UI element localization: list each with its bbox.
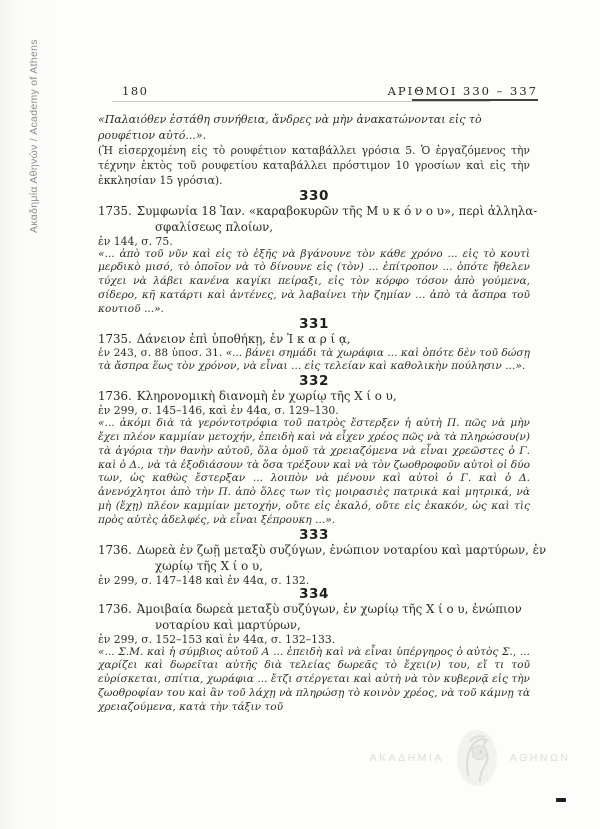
page-number: 180 bbox=[122, 84, 148, 98]
entry-title: 1735.Συμφωνία 18 Ἰαν. «καραβοκυρῶν τῆς Μ… bbox=[98, 203, 530, 219]
entry-332: 332 1736.Κληρονομικὴ διανομὴ ἐν χωρίῳ τῆ… bbox=[98, 374, 530, 527]
entry-title: 1736.Κληρονομικὴ διανομὴ ἐν χωρίῳ τῆς Χ … bbox=[98, 388, 530, 404]
entry-number: 334 bbox=[98, 587, 530, 601]
entry-title-line: Κληρονομικὴ διανομὴ ἐν χωρίῳ τῆς Χ ί ο υ… bbox=[137, 389, 397, 403]
entry-333: 333 1736.Δωρεὰ ἐν ζωῇ μεταξὺ συζύγων, ἐν… bbox=[98, 528, 530, 587]
entry-title: 1736.Δωρεὰ ἐν ζωῇ μεταξὺ συζύγων, ἐνώπιο… bbox=[98, 542, 530, 558]
entry-quote: ἐν 243, σ. 88 ὑποσ. 31. «... βάνει σημάδ… bbox=[98, 347, 530, 375]
entry-year: 1736. bbox=[98, 602, 132, 616]
entry-number: 332 bbox=[98, 374, 530, 388]
scanned-book-page: Ακαδημία Αθηνών / Academy of Athens 180 … bbox=[0, 0, 600, 829]
entry-reference: ἐν 144, σ. 75. bbox=[98, 235, 530, 248]
entry-330: 330 1735.Συμφωνία 18 Ἰαν. «καραβοκυρῶν τ… bbox=[98, 189, 530, 317]
header-rule-thin bbox=[112, 101, 490, 102]
entry-reference-inline: ἐν 243, σ. 88 ὑποσ. 31. bbox=[98, 347, 222, 359]
entry-331: 331 1735.Δάνειον ἐπὶ ὑποθήκῃ, ἐν Ἰ κ α ρ… bbox=[98, 317, 530, 375]
entry-number: 330 bbox=[98, 189, 530, 203]
entry-title-line: νοταρίου καὶ μαρτύρων, bbox=[155, 617, 530, 633]
running-title: ΑΡΙΘΜΟΙ 330 – 337 bbox=[388, 84, 538, 98]
entry-title-line: Δωρεὰ ἐν ζωῇ μεταξὺ συζύγων, ἐνώπιον νοτ… bbox=[137, 543, 546, 557]
entry-year: 1735. bbox=[98, 332, 132, 346]
intro-quote: «Παλαιόθεν ἐστάθη συνήθεια, ἄνδρες νὰ μὴ… bbox=[98, 112, 530, 143]
entry-title-line: Συμφωνία 18 Ἰαν. «καραβοκυρῶν τῆς Μ υ κ … bbox=[137, 204, 537, 218]
archive-stamp-label: Ακαδημία Αθηνών / Academy of Athens bbox=[28, 39, 40, 233]
entry-quote: «... ἀπὸ τοῦ νῦν καὶ εἰς τὸ ἑξῆς νὰ βγάν… bbox=[98, 248, 530, 317]
entry-title: 1736.Ἀμοιβαία δωρεὰ μεταξὺ συζύγων, ἐν χ… bbox=[98, 601, 530, 617]
entry-reference: ἐν 299, σ. 152–153 καὶ ἐν 44α, σ. 132–13… bbox=[98, 633, 530, 646]
entry-title-line: Ἀμοιβαία δωρεὰ μεταξὺ συζύγων, ἐν χωρίῳ … bbox=[137, 602, 522, 616]
athena-head-seal-icon bbox=[454, 728, 500, 788]
entry-quote: «... ἀκόμι διὰ τὰ γερόντοτρόφια τοῦ πατρ… bbox=[98, 417, 530, 527]
entry-title-line: χωρίῳ τῆς Χ ί ο υ, bbox=[155, 558, 530, 574]
intro-note: (Ἡ εἰσερχομένη εἰς τὸ ρουφέτιον καταβάλλ… bbox=[98, 143, 530, 189]
entry-quote: «... Σ.Μ. καὶ ἡ σύμβιος αὐτοῦ Α ... ἐπει… bbox=[98, 646, 530, 715]
entry-reference: ἐν 299, σ. 147–148 καὶ ἐν 44α, σ. 132. bbox=[98, 574, 530, 587]
entry-year: 1736. bbox=[98, 389, 132, 403]
entry-title-line: σφαλίσεως πλοίων, bbox=[155, 219, 530, 235]
header-rule-bold bbox=[412, 99, 538, 101]
entry-number: 331 bbox=[98, 317, 530, 331]
entry-reference: ἐν 299, σ. 145–146, καὶ ἐν 44α, σ. 129–1… bbox=[98, 404, 530, 417]
page-end-dash bbox=[556, 798, 566, 802]
entry-title-line: Δάνειον ἐπὶ ὑποθήκῃ, ἐν Ἰ κ α ρ ί ᾳ, bbox=[137, 332, 351, 346]
entry-title: 1735.Δάνειον ἐπὶ ὑποθήκῃ, ἐν Ἰ κ α ρ ί ᾳ… bbox=[98, 331, 530, 347]
watermark-label-left: ΑΚΑΔΗΜΙΑ bbox=[370, 752, 444, 764]
entry-334: 334 1736.Ἀμοιβαία δωρεὰ μεταξὺ συζύγων, … bbox=[98, 587, 530, 715]
entry-number: 333 bbox=[98, 528, 530, 542]
entry-year: 1736. bbox=[98, 543, 132, 557]
watermark-label-right: ΑΘΗΝΩΝ bbox=[510, 752, 571, 764]
entry-year: 1735. bbox=[98, 204, 132, 218]
academy-watermark: ΑΚΑΔΗΜΙΑ ΑΘΗΝΩΝ bbox=[352, 726, 588, 790]
text-column: «Παλαιόθεν ἐστάθη συνήθεια, ἄνδρες νὰ μὴ… bbox=[98, 112, 530, 715]
